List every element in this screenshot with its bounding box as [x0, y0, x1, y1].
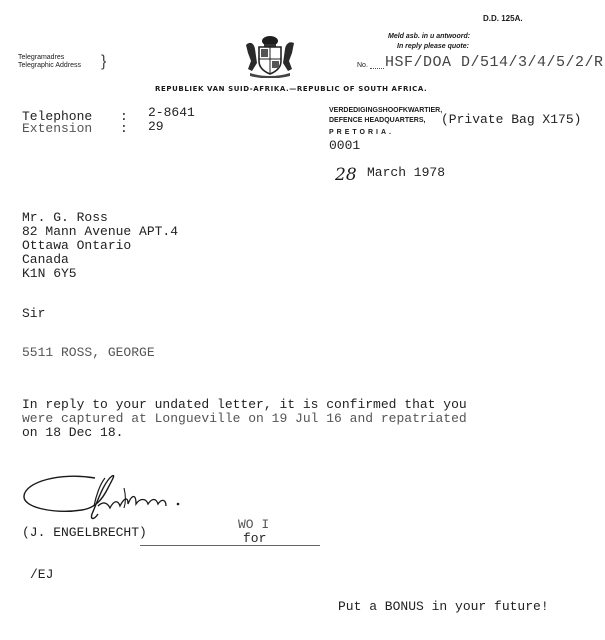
handwritten-signature: [20, 470, 220, 525]
defence-hq-english: DEFENCE HEADQUARTERS,: [329, 117, 425, 124]
sender-city: PRETORIA.: [329, 129, 394, 136]
reference-number: HSF/DOA D/514/3/4/5/2/R: [385, 56, 604, 70]
body-line: In reply to your undated letter, it is c…: [22, 398, 467, 412]
private-bag: (Private Bag X175): [441, 113, 581, 127]
signature-line: [140, 545, 320, 546]
date-day-handwritten: 28: [335, 165, 357, 185]
republic-heading: REPUBLIEK VAN SUID-AFRIKA.—REPUBLIC OF S…: [155, 85, 427, 93]
extension-value: 29: [148, 120, 164, 134]
addressee-line: Ottawa Ontario: [22, 239, 178, 253]
coat-of-arms-icon: [240, 33, 300, 78]
reply-quote-afrikaans: Meld asb. in u antwoord:: [388, 33, 470, 40]
salutation: Sir: [22, 307, 45, 321]
slogan: Put a BONUS in your future!: [338, 600, 549, 614]
body-line: on 18 Dec 18.: [22, 426, 467, 440]
signatory-rank: WO I: [238, 518, 269, 532]
signatory-name: (J. ENGELBRECHT): [22, 526, 147, 540]
defence-hq-afrikaans: VERDEDIGINGSHOOFKWARTIER,: [329, 107, 442, 114]
reply-quote-english: In reply please quote:: [397, 43, 469, 50]
sender-postcode: 0001: [329, 139, 360, 153]
reference-initials: /EJ: [30, 568, 53, 582]
telegraphic-brace: }: [101, 53, 106, 71]
telegraphic-address-afrikaans: Telegramadres: [18, 54, 64, 61]
letter-body: In reply to your undated letter, it is c…: [22, 398, 467, 440]
addressee-line: K1N 6Y5: [22, 267, 178, 281]
addressee-line: 82 Mann Avenue APT.4: [22, 225, 178, 239]
subject-line: 5511 ROSS, GEORGE: [22, 346, 155, 360]
reference-label: No.: [357, 62, 368, 69]
extension-label: Extension: [22, 122, 92, 136]
form-code: D.D. 125A.: [483, 14, 523, 23]
addressee-block: Mr. G. Ross 82 Mann Avenue APT.4 Ottawa …: [22, 211, 178, 281]
addressee-line: Mr. G. Ross: [22, 211, 178, 225]
date-month-year: March 1978: [367, 166, 445, 180]
body-line: were captured at Longueville on 19 Jul 1…: [22, 412, 467, 426]
for-label: for: [243, 532, 266, 546]
telegraphic-address-english: Telegraphic Address: [18, 62, 81, 69]
telephone-value: 2-8641: [148, 106, 195, 120]
extension-colon: :: [120, 122, 128, 136]
addressee-line: Canada: [22, 253, 178, 267]
reference-dotted-line: [370, 68, 384, 69]
